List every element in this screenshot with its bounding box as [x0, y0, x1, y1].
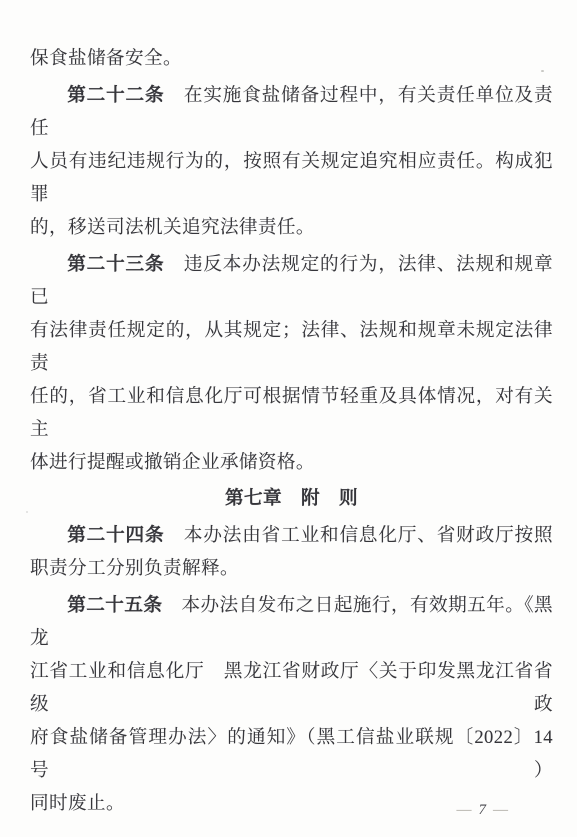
- document-content: 保食盐储备安全。第二十二条 在实施食盐储备过程中，有关责任单位及责任人员有违纪违…: [30, 42, 553, 820]
- document-line: 保食盐储备安全。: [30, 42, 553, 75]
- article-number: 第二十三条: [67, 254, 164, 275]
- page-number: —7—: [450, 800, 516, 820]
- article-number: 第二十五条: [67, 595, 162, 616]
- document-line: 职责分工分别负责解释。: [30, 552, 553, 585]
- document-line: 第二十五条 本办法自发布之日起施行，有效期五年。《黑龙: [30, 589, 553, 655]
- page-number-left-dash: —: [457, 802, 472, 818]
- scan-speck: [541, 70, 544, 72]
- document-line: 任的，省工业和信息化厅可根据情节轻重及具体情况，对有关主: [30, 380, 553, 446]
- document-line: 第二十四条 本办法由省工业和信息化厅、省财政厅按照: [30, 519, 553, 552]
- scanned-document-page: 保食盐储备安全。第二十二条 在实施食盐储备过程中，有关责任单位及责任人员有违纪违…: [0, 0, 577, 837]
- document-line: 第二十二条 在实施食盐储备过程中，有关责任单位及责任: [30, 79, 553, 145]
- document-line: 有法律责任规定的，从其规定；法律、法规和规章未规定法律责: [30, 314, 553, 380]
- document-line: 江省工业和信息化厅 黑龙江省财政厅〈关于印发黑龙江省省级政: [30, 655, 553, 721]
- document-line: 体进行提醒或撤销企业承储资格。: [30, 446, 553, 479]
- document-line: 人员有违纪违规行为的，按照有关规定追究相应责任。构成犯罪: [30, 145, 553, 211]
- article-number: 第二十四条: [67, 525, 164, 546]
- scan-speck: [26, 511, 28, 513]
- chapter-heading: 第七章 附 则: [30, 482, 553, 515]
- document-line: 的，移送司法机关追究法律责任。: [30, 211, 553, 244]
- document-line: 府食盐储备管理办法〉的通知》（黑工信盐业联规〔2022〕14 号）: [30, 721, 553, 787]
- page-number-right-dash: —: [493, 802, 508, 818]
- article-number: 第二十二条: [67, 85, 164, 106]
- page-number-value: 7: [479, 802, 487, 818]
- document-line: 第二十三条 违反本办法规定的行为，法律、法规和规章已: [30, 248, 553, 314]
